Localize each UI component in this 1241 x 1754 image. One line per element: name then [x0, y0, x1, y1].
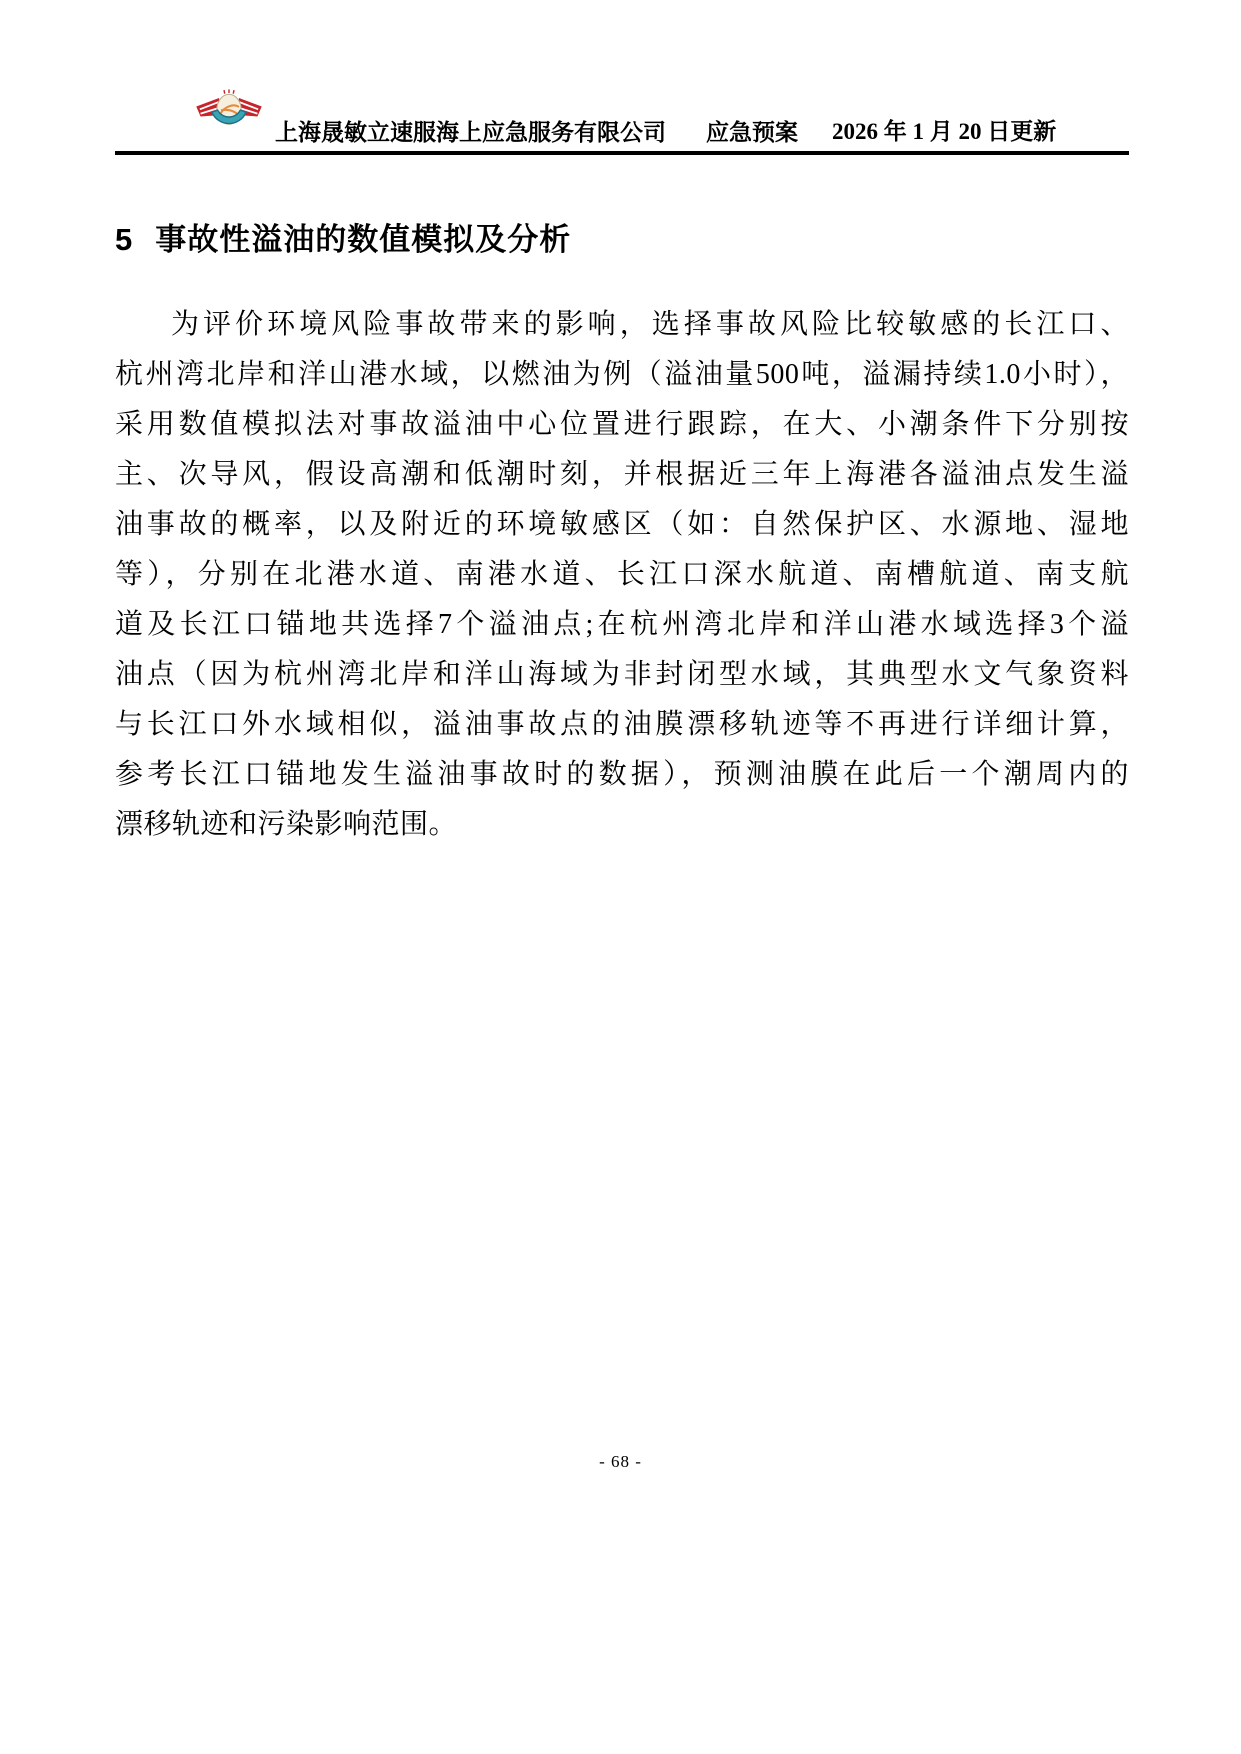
header-doc-type: 应急预案: [706, 118, 798, 146]
section-heading: 5事故性溢油的数值模拟及分析: [115, 218, 1129, 262]
paragraph-line: 油事故的概率，以及附近的环境敏感区（如：自然保护区、水源地、湿地: [115, 500, 1129, 550]
paragraph-line: 与长江口外水域相似，溢油事故点的油膜漂移轨迹等不再进行详细计算，: [115, 700, 1129, 750]
paragraph-line: 为评价环境风险事故带来的影响，选择事故风险比较敏感的长江口、: [115, 300, 1129, 350]
header-company-name: 上海晟敏立速服海上应急服务有限公司: [275, 118, 666, 146]
paragraph-line: 采用数值模拟法对事故溢油中心位置进行跟踪，在大、小潮条件下分别按: [115, 400, 1129, 450]
page-header: 上海晟敏立速服海上应急服务有限公司 应急预案 2026 年 1 月 20 日更新: [115, 80, 1129, 146]
company-logo-icon: [193, 88, 265, 152]
paragraph-line: 杭州湾北岸和洋山港水域，以燃油为例（溢油量500吨，溢漏持续1.0小时），: [115, 350, 1129, 400]
paragraph-line: 等），分别在北港水道、南港水道、长江口深水航道、南槽航道、南支航: [115, 550, 1129, 600]
section-title: 事故性溢油的数值模拟及分析: [155, 222, 571, 257]
paragraph-line: 主、次导风，假设高潮和低潮时刻，并根据近三年上海港各溢油点发生溢: [115, 450, 1129, 500]
logo-crown: [224, 89, 234, 93]
body-paragraph: 为评价环境风险事故带来的影响，选择事故风险比较敏感的长江口、杭州湾北岸和洋山港水…: [115, 300, 1129, 850]
page-number: - 68 -: [0, 1452, 1241, 1472]
paragraph-line: 油点（因为杭州湾北岸和洋山海域为非封闭型水域，其典型水文气象资料: [115, 650, 1129, 700]
paragraph-line: 漂移轨迹和污染影响范围。: [115, 800, 1129, 850]
document-page: 上海晟敏立速服海上应急服务有限公司 应急预案 2026 年 1 月 20 日更新…: [0, 0, 1241, 1754]
header-divider: [115, 151, 1129, 155]
paragraph-line: 参考长江口锚地发生溢油事故时的数据），预测油膜在此后一个潮周内的: [115, 750, 1129, 800]
section-number: 5: [115, 222, 133, 257]
paragraph-line: 道及长江口锚地共选择7个溢油点;在杭州湾北岸和洋山港水域选择3个溢: [115, 600, 1129, 650]
header-updated-date: 2026 年 1 月 20 日更新: [832, 118, 1056, 146]
